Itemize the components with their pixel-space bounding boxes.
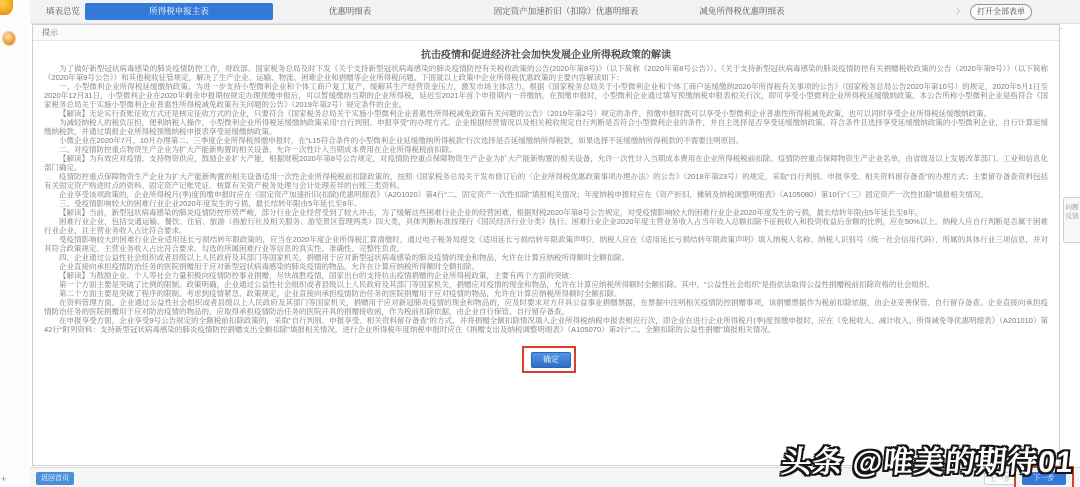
policy-paragraph: 【解读】为有效应对疫情、支持物资供应，鼓励企业扩大产能，根据财税2020年第8号… [44, 154, 1048, 172]
policy-paragraph: 【解读】为鼓励企业、个人等社会力量积极向疫情防控事业捐赠，尽快战胜疫情，国家出台… [44, 271, 1048, 280]
back-to-home-button[interactable]: 返回首页 [36, 472, 74, 485]
desktop-edge-strip: + [0, 0, 31, 487]
policy-paragraph: 【解读】当前，新型冠状病毒感染的肺炎疫情防控形势严峻，部分行业企业经营受到了较大… [44, 208, 1048, 217]
policy-paragraph: 在申报享受方面，企业享受9号公告规定的全额税前扣除政策的，采取“自行判别、申报享… [44, 316, 1048, 334]
policy-paragraph: 小微企业在2020年7月、10月办理第二、三季度企业所得税预缴申报时，在“L15… [44, 136, 1048, 145]
policy-paragraph: 第二个方面主要是突破了程序的限制。考虑到疫情紧急、政策规定，企业直接向承担疫情防… [44, 289, 1048, 298]
policy-paragraph: 为减轻纳税人的税负压担，便利纳税人操作，小型微利企业所得税延缓缴纳政策采用“自行… [44, 118, 1048, 136]
confirm-button[interactable]: 确定 [531, 352, 571, 368]
form-tab-3[interactable]: 固定资产加速折旧（扣除）优惠明细表 [494, 0, 639, 23]
hint-panel-title: 提示 [33, 25, 1059, 41]
policy-paragraph: 困难行业企业，包括交通运输、餐饮、住宿、旅游（指旅行社及相关服务、游览景区管理两… [44, 217, 1048, 235]
policy-paragraph: 在资料管理方面，企业通过公益性社会组织或者县级以上人民政府及其部门等国家机关，捐… [44, 298, 1048, 316]
policy-paragraph: 受疫情影响较大的困难行业企业适用延长亏损结转年限政策的，应当在2020年度企业所… [44, 235, 1048, 253]
policy-paragraph: 【解读】无论实行查账征收方式还是核定征收方式的企业，只要符合《国家税务总局关于实… [44, 109, 1048, 118]
form-tab-2[interactable]: 优惠明细表 [329, 0, 372, 23]
policy-paragraph: 三、受疫情影响较大的困难行业企业2020年度发生的亏损，最长结转年限由5年延长至… [44, 199, 1048, 208]
policy-paragraph: 第一个方面主要是突破了比例的限制。政策明确，企业通过公益性社会组织或者县级以上人… [44, 280, 1048, 289]
hint-panel: 提示 抗击疫情和促进经济社会加快发展企业所得税政策的解读 为了做好新型冠状病毒感… [32, 24, 1060, 466]
policy-paragraph: 疫情防控重点保障物资生产企业为扩大产能新购置的相关设备适用一次性企业所得税税前扣… [44, 172, 1048, 190]
policy-paragraph: 四、企业通过公益性社会组织或者县级以上人民政府及其部门等国家机关，捐赠用于应对新… [44, 253, 1048, 262]
open-all-forms-button[interactable]: 打开全部表单 [970, 4, 1032, 20]
policy-paragraph: 为了做好新型冠状病毒感染的肺炎疫情防控工作，财政部、国家税务总局及时下发《关于支… [44, 64, 1048, 82]
policy-paragraph: 企业享受该项政策的，企业所得税月(季)度预缴申报时应在《固定资产加速折旧(扣除)… [44, 190, 1048, 199]
form-tab-0[interactable]: 填表总览 [46, 0, 80, 23]
feedback-side-tab[interactable]: 问题反馈 [1063, 197, 1080, 243]
watermark-text: 头条 @唯美的期待01 [780, 437, 1077, 481]
form-tab-1-active[interactable]: 所得税申报主表 [85, 3, 273, 20]
chevron-right-icon[interactable]: 〉 [956, 0, 964, 23]
desktop-icon-fragment [3, 32, 15, 45]
policy-doc-text: 为了做好新型冠状病毒感染的肺炎疫情防控工作，财政部、国家税务总局及时下发《关于支… [44, 64, 1048, 364]
desktop-stray-mark: + [1, 474, 6, 484]
policy-paragraph: 一、小型微利企业所得税延缓缴纳政策。为进一步支持小型微利企业和个体工商户复工复产… [44, 82, 1048, 109]
policy-paragraph: 二、对疫情防控重点物资生产企业为扩大产能新购置的相关设备，允许一次性计入当期成本… [44, 145, 1048, 154]
policy-paragraph: 企业直接向承担疫情防治任务的医院捐赠用于应对新型冠状病毒感染的肺炎疫情的物品，允… [44, 262, 1048, 271]
hint-panel-body: 抗击疫情和促进经济社会加快发展企业所得税政策的解读 为了做好新型冠状病毒感染的肺… [33, 41, 1059, 364]
tax-app-window: 填表总览所得税申报主表优惠明细表固定资产加速折旧（扣除）优惠明细表减免所得税优惠… [30, 0, 1080, 487]
desktop-icon-fragment-top [0, 0, 13, 15]
form-tab-bar: 填表总览所得税申报主表优惠明细表固定资产加速折旧（扣除）优惠明细表减免所得税优惠… [30, 0, 1080, 24]
form-tab-4[interactable]: 减免所得税优惠明细表 [699, 0, 784, 23]
policy-doc-title: 抗击疫情和促进经济社会加快发展企业所得税政策的解读 [44, 46, 1048, 61]
